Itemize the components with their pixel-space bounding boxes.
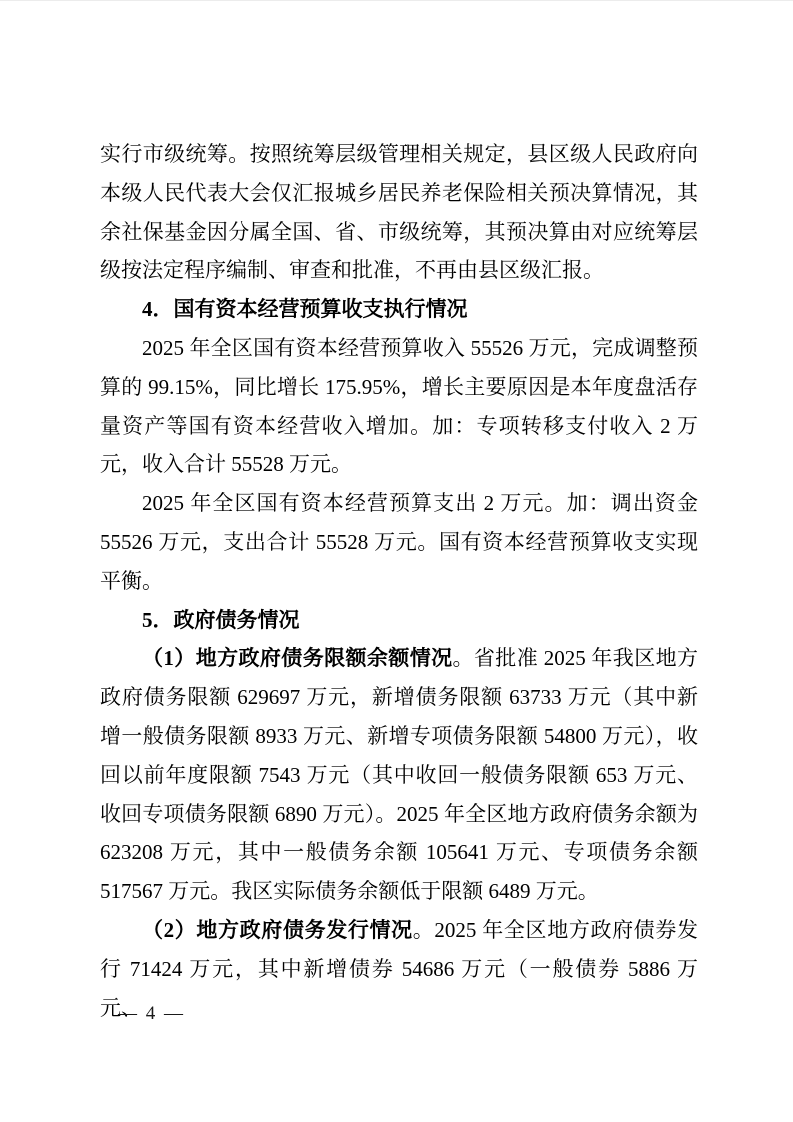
paragraph-debt-limit-balance: （1）地方政府债务限额余额情况。省批准 2025 年我区地方政府债务限额 629… [100, 639, 698, 911]
section-heading-state-capital-budget: 4．国有资本经营预算收支执行情况 [100, 290, 698, 329]
paragraph-lead-debt-issuance: （2）地方政府债务发行情况 [142, 918, 413, 942]
paragraph-lead-debt-limit-balance: （1）地方政府债务限额余额情况 [142, 646, 453, 670]
paragraph-text-debt-limit-balance: 。省批准 2025 年我区地方政府债务限额 629697 万元，新增债务限额 6… [100, 646, 698, 903]
document-body: 实行市级统筹。按照统筹层级管理相关规定，县区级人民政府向本级人民代表大会仅汇报城… [100, 135, 698, 1027]
paragraph-state-capital-expenditure: 2025 年全区国有资本经营预算支出 2 万元。加：调出资金 55526 万元，… [100, 484, 698, 600]
paragraph-social-security-continued: 实行市级统筹。按照统筹层级管理相关规定，县区级人民政府向本级人民代表大会仅汇报城… [100, 135, 698, 290]
section-heading-government-debt: 5．政府债务情况 [100, 601, 698, 640]
paragraph-state-capital-revenue: 2025 年全区国有资本经营预算收入 55526 万元，完成调整预算的 99.1… [100, 329, 698, 484]
document-page: 实行市级统筹。按照统筹层级管理相关规定，县区级人民政府向本级人民代表大会仅汇报城… [0, 0, 793, 1122]
paragraph-debt-issuance: （2）地方政府债务发行情况。2025 年全区地方政府债券发行 71424 万元，… [100, 911, 698, 1027]
page-number: — 4 — [118, 1003, 185, 1025]
